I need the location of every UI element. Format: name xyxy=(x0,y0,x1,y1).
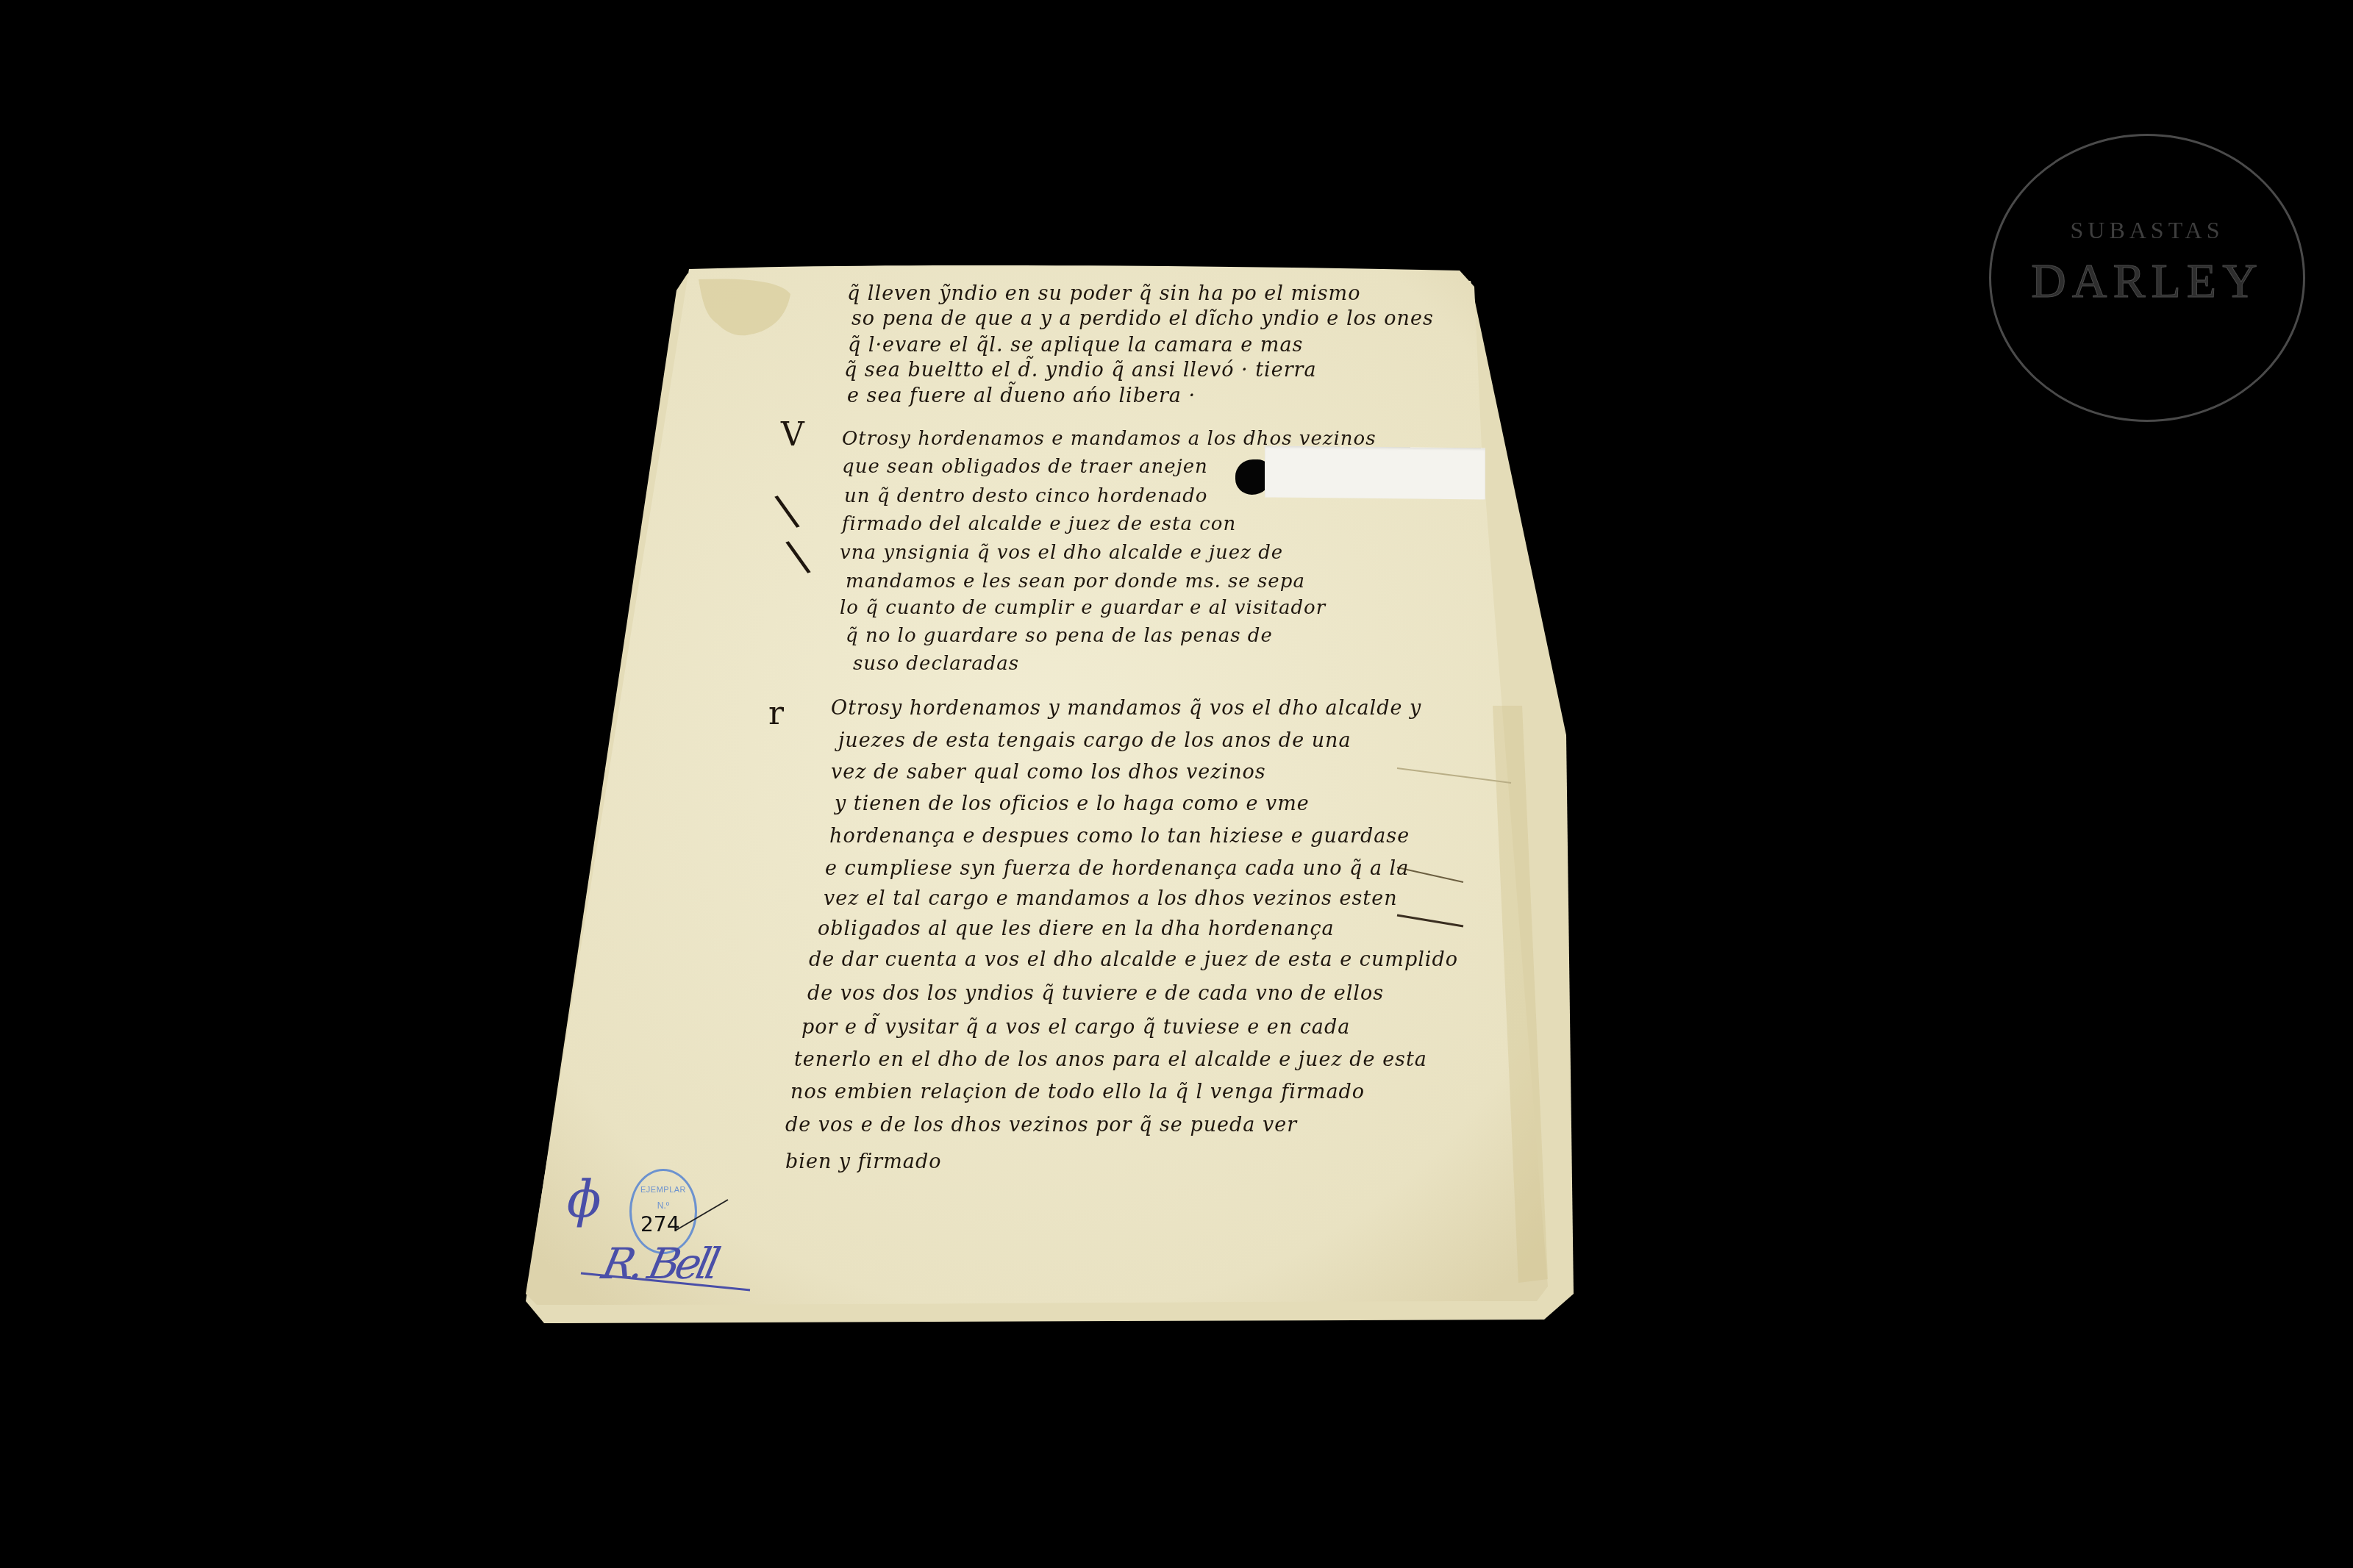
manuscript-line: suso declaradas xyxy=(853,653,1019,675)
manuscript-line: so pena de que a y a perdido el dĩcho yn… xyxy=(851,307,1434,330)
signature: R. Bell xyxy=(598,1239,721,1289)
manuscript-line: firmado del alcalde e juez de esta con xyxy=(842,513,1236,535)
manuscript-line: de vos dos los yndios q̃ tuviere e de ca… xyxy=(807,982,1384,1005)
manuscript-line: y tienen de los oficios e lo haga como e… xyxy=(835,792,1310,815)
manuscript-line: juezes de esta tengais cargo de los anos… xyxy=(838,729,1352,752)
manuscript-line: bien y firmado xyxy=(785,1150,941,1173)
manuscript-line: e cumpliese syn fuerza de hordenança cad… xyxy=(825,857,1409,880)
manuscript-line: Otrosy hordenamos y mandamos q̃ vos el d… xyxy=(831,697,1421,720)
manuscript-line: Otrosy hordenamos e mandamos a los dhos … xyxy=(842,428,1377,450)
blue-initial-mark: ɸ xyxy=(566,1169,601,1229)
manuscript-line: vna ynsignia q̃ vos el dho alcalde e jue… xyxy=(840,542,1283,564)
manuscript-line: que sean obligados de traer anejen xyxy=(842,456,1208,478)
photo-stage: SUBASTAS DARLEY xyxy=(0,0,2353,1568)
manuscript-line: de dar cuenta a vos el dho alcalde e jue… xyxy=(809,948,1458,971)
margin-mark: r xyxy=(768,695,784,732)
white-ribbon-tape xyxy=(1265,445,1485,499)
stamp-label: EJEMPLAR xyxy=(632,1186,695,1195)
stamp-number-label: N.º xyxy=(632,1200,695,1211)
manuscript-line: vez de saber qual como los dhos vezinos xyxy=(831,761,1266,784)
manuscript-line: e sea fuere al d̃ueno ańo libera · xyxy=(847,384,1196,407)
paper-shape xyxy=(0,0,2353,1568)
manuscript-line: q̃ lleven ỹndio en su poder q̃ sin ha po… xyxy=(847,282,1360,305)
manuscript-line: vez el tal cargo e mandamos a los dhos v… xyxy=(824,887,1398,910)
manuscript-line: hordenança e despues como lo tan hiziese… xyxy=(829,825,1410,848)
manuscript-document: V \ \ r q̃ lleven ỹndio en su poder q̃ s… xyxy=(0,0,2353,1568)
stamp-number: 274 xyxy=(640,1212,679,1236)
margin-mark: V xyxy=(781,416,804,454)
manuscript-line: mandamos e les sean por donde ms. se sep… xyxy=(846,570,1305,593)
manuscript-line: de vos e de los dhos vezinos por q̃ se p… xyxy=(785,1114,1297,1136)
manuscript-line: por e d̃ vysitar q̃ a vos el cargo q̃ tu… xyxy=(801,1016,1350,1039)
manuscript-line: nos embien relaçion de todo ello la q̃ l… xyxy=(790,1081,1365,1103)
manuscript-line: q̃ l·evare el q̃l. se aplique la camara … xyxy=(848,334,1303,357)
manuscript-line: un q̃ dentro desto cinco hordenado xyxy=(844,485,1207,507)
manuscript-line: q̃ sea bueltto el d̃. yndio q̃ ansi llev… xyxy=(844,359,1317,382)
manuscript-line: obligados al que les diere en la dha hor… xyxy=(818,917,1335,940)
manuscript-line: q̃ no lo guardare so pena de las penas d… xyxy=(846,625,1273,647)
manuscript-line: lo q̃ cuanto de cumplir e guardar e al v… xyxy=(840,597,1326,619)
manuscript-line: tenerlo en el dho de los anos para el al… xyxy=(794,1048,1427,1071)
